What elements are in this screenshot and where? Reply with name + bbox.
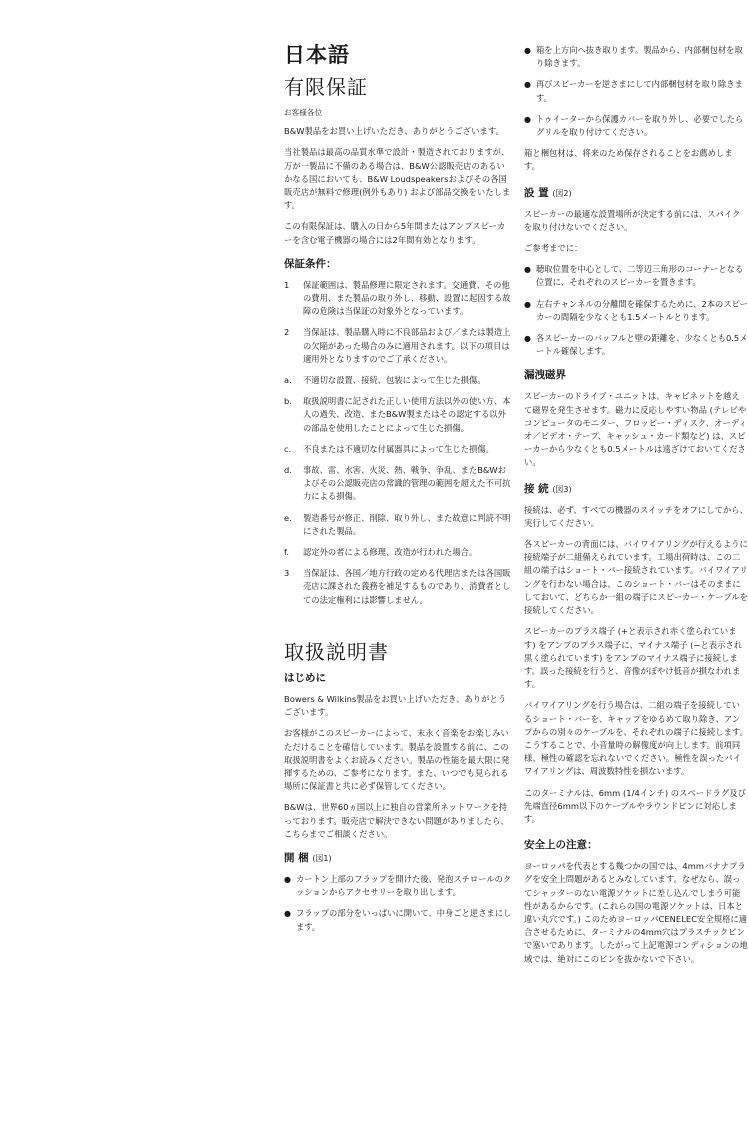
item-text: 当保証は、各国／地方行政の定める代理店または各国販売店に課された義務を補足するも… <box>303 567 512 607</box>
item-text: 認定外の者による修理、改造が行われた場合。 <box>303 546 512 559</box>
condition-item: d.事故、雷、水害、火災、熱、戦争、争乱、またB&Wおよびその公認販売店の常識的… <box>284 464 512 504</box>
connection-paragraph: 接続は、必ず、すべての機器のスイッチをオフにしてから、実行してください。 <box>524 504 748 530</box>
bullet-icon: ● <box>524 263 536 289</box>
conditions-title: 保証条件： <box>284 257 512 272</box>
bullet-icon: ● <box>524 78 536 104</box>
magnetic-text: スピーカーのドライブ・ユニットは、キャビネットを越えて磁界を発生させます。磁力に… <box>524 390 748 469</box>
manual-paragraph: お客様がこのスピーカーによって、末永く音楽をお楽しみいただけることを確信していま… <box>284 727 512 793</box>
safety-title: 安全上の注意： <box>524 838 748 853</box>
unpacking-step: ●箱を上方向へ抜き取ります。製品から、内部梱包材を取り除きます。 <box>524 44 748 70</box>
item-marker: c. <box>284 443 303 456</box>
placement-reference: ご参考までに： <box>524 242 748 255</box>
unpacking-title-text: 開 梱 <box>284 852 309 864</box>
connection-title: 接 続 (図3) <box>524 482 748 497</box>
unpacking-step: ●トゥイーターから保護カバーを取り外し、必要でしたらグリルを取り付けてください。 <box>524 113 748 139</box>
connection-paragraph: スピーカーのプラス端子 (+と表示され赤く塗られています) をアンプのプラス端子… <box>524 625 748 691</box>
condition-item: e.製造番号が修正、削除、取り外し、また故意に判読不明にされた製品。 <box>284 512 512 538</box>
safety-text: ヨーロッパを代表とする幾つかの国では、4mmバナナプラグを安全上問題があるとみな… <box>524 860 748 966</box>
conditions-list: 1保証範囲は、製品修理に限定されます。交通費、その他の費用、また製品の取り外し、… <box>284 279 512 607</box>
bullet-icon: ● <box>284 873 296 899</box>
tip-text: 聴取位置を中心として、二等辺三角形のコーナーとなる位置に、それぞれのスピーカーを… <box>536 263 748 289</box>
packaging-note: 箱と梱包材は、将来のため保存されることをお薦めします。 <box>524 147 748 173</box>
figure-ref: (図3) <box>552 485 571 494</box>
connection-paragraph: このターミナルは、6mm (1/4インチ) のスペードラグ及び先端直径6mm以下… <box>524 787 748 827</box>
condition-item: a.不適切な設置、接続、包装によって生じた損傷。 <box>284 374 512 387</box>
connection-paragraph: 各スピーカーの背面には、バイワイアリングが行えるように接続端子が二組備えられてい… <box>524 538 748 617</box>
item-marker: 3 <box>284 567 303 607</box>
intro-title: はじめに <box>284 671 512 686</box>
figure-ref: (図1) <box>312 854 331 863</box>
manual-paragraph: B&Wは、世界60ヵ国以上に独自の営業所ネットワークを持っております。販売店で解… <box>284 801 512 841</box>
placement-title: 設 置 (図2) <box>524 186 748 201</box>
unpacking-title: 開 梱 (図1) <box>284 851 512 866</box>
item-marker: e. <box>284 512 303 538</box>
salutation: お客様各位 <box>284 106 512 119</box>
item-text: 取扱説明書に記された正しい使用方法以外の使い方、本人の過失、改造、またB&W製ま… <box>303 395 512 435</box>
connection-title-text: 接 続 <box>524 483 549 495</box>
warranty-paragraph: この有限保証は、購入の日から5年間またはアンプスピーカーを含む電子機器の場合には… <box>284 220 512 246</box>
placement-tip: ●各スピーカーのバッフルと壁の距離を、少なくとも0.5メートル確保します。 <box>524 332 748 358</box>
unpacking-step: ●カートン上部のフラップを開けた後、発泡スチロールのクッションからアクセサリーを… <box>284 873 512 899</box>
warranty-paragraph: B&W製品をお買い上げいただき、ありがとうございます。 <box>284 125 512 138</box>
language-title: 日本語 <box>284 42 512 68</box>
manual-paragraph: Bowers & Wilkins製品をお買い上げいただき、ありがとうございます。 <box>284 693 512 719</box>
placement-tips: ●聴取位置を中心として、二等辺三角形のコーナーとなる位置に、それぞれのスピーカー… <box>524 263 748 358</box>
item-marker: f. <box>284 546 303 559</box>
step-text: 箱を上方向へ抜き取ります。製品から、内部梱包材を取り除きます。 <box>536 44 748 70</box>
magnetic-title: 漏洩磁界 <box>524 368 748 383</box>
placement-tip: ●左右チャンネルの分離間を確保するために、2本のスピーカーの間隔を少なくとも1.… <box>524 298 748 324</box>
condition-item: b.取扱説明書に記された正しい使用方法以外の使い方、本人の過失、改造、またB&W… <box>284 395 512 435</box>
item-marker: b. <box>284 395 303 435</box>
step-text: 再びスピーカーを逆さまにして内部梱包材を取り除きます。 <box>536 78 748 104</box>
item-text: 事故、雷、水害、火災、熱、戦争、争乱、またB&Wおよびその公認販売店の常識的管理… <box>303 464 512 504</box>
item-marker: 2 <box>284 326 303 366</box>
item-marker: a. <box>284 374 303 387</box>
connection-paragraph: バイワイアリングを行う場合は、二組の端子を接続しているショート・バーを、キャップ… <box>524 699 748 778</box>
condition-item: 1保証範囲は、製品修理に限定されます。交通費、その他の費用、また製品の取り外し、… <box>284 279 512 319</box>
bullet-icon: ● <box>524 44 536 70</box>
bullet-icon: ● <box>524 332 536 358</box>
condition-item: f.認定外の者による修理、改造が行われた場合。 <box>284 546 512 559</box>
step-text: フラップの部分をいっぱいに開いて、中身ごと逆さまにします。 <box>296 907 512 933</box>
unpacking-step: ●再びスピーカーを逆さまにして内部梱包材を取り除きます。 <box>524 78 748 104</box>
bullet-icon: ● <box>524 113 536 139</box>
item-marker: d. <box>284 464 303 504</box>
item-text: 当保証は、製品購入時に不良部品および／または製造上の欠陥があった場合のみに適用さ… <box>303 326 512 366</box>
placement-tip: ●聴取位置を中心として、二等辺三角形のコーナーとなる位置に、それぞれのスピーカー… <box>524 263 748 289</box>
figure-ref: (図2) <box>552 189 571 198</box>
unpacking-list: ●カートン上部のフラップを開けた後、発泡スチロールのクッションからアクセサリーを… <box>284 873 512 934</box>
warranty-paragraph: 当社製品は最高の品質水準で設計・製造されておりますが、万が一製品に不備のある場合… <box>284 146 512 212</box>
warranty-title: 有限保証 <box>284 74 512 100</box>
step-text: トゥイーターから保護カバーを取り外し、必要でしたらグリルを取り付けてください。 <box>536 113 748 139</box>
condition-item: c.不良または不適切な付属器具によって生じた損傷。 <box>284 443 512 456</box>
item-text: 不良または不適切な付属器具によって生じた損傷。 <box>303 443 512 456</box>
item-text: 製造番号が修正、削除、取り外し、また故意に判読不明にされた製品。 <box>303 512 512 538</box>
manual-title: 取扱説明書 <box>284 639 512 665</box>
condition-item: 3当保証は、各国／地方行政の定める代理店または各国販売店に課された義務を補足する… <box>284 567 512 607</box>
placement-title-text: 設 置 <box>524 187 549 199</box>
tip-text: 各スピーカーのバッフルと壁の距離を、少なくとも0.5メートル確保します。 <box>536 332 748 358</box>
step-text: カートン上部のフラップを開けた後、発泡スチロールのクッションからアクセサリーを取… <box>296 873 512 899</box>
bullet-icon: ● <box>524 298 536 324</box>
right-column: ●箱を上方向へ抜き取ります。製品から、内部梱包材を取り除きます。 ●再びスピーカ… <box>524 44 748 974</box>
placement-intro: スピーカーの最適な設置場所が決定する前には、スパイクを取り付けないでください。 <box>524 208 748 234</box>
tip-text: 左右チャンネルの分離間を確保するために、2本のスピーカーの間隔を少なくとも1.5… <box>536 298 748 324</box>
left-column: 日本語 有限保証 お客様各位 B&W製品をお買い上げいただき、ありがとうございま… <box>284 42 512 942</box>
unpacking-step: ●フラップの部分をいっぱいに開いて、中身ごと逆さまにします。 <box>284 907 512 933</box>
bullet-icon: ● <box>284 907 296 933</box>
unpacking-list-continued: ●箱を上方向へ抜き取ります。製品から、内部梱包材を取り除きます。 ●再びスピーカ… <box>524 44 748 139</box>
condition-item: 2当保証は、製品購入時に不良部品および／または製造上の欠陥があった場合のみに適用… <box>284 326 512 366</box>
item-text: 保証範囲は、製品修理に限定されます。交通費、その他の費用、また製品の取り外し、移… <box>303 279 512 319</box>
item-text: 不適切な設置、接続、包装によって生じた損傷。 <box>303 374 512 387</box>
item-marker: 1 <box>284 279 303 319</box>
